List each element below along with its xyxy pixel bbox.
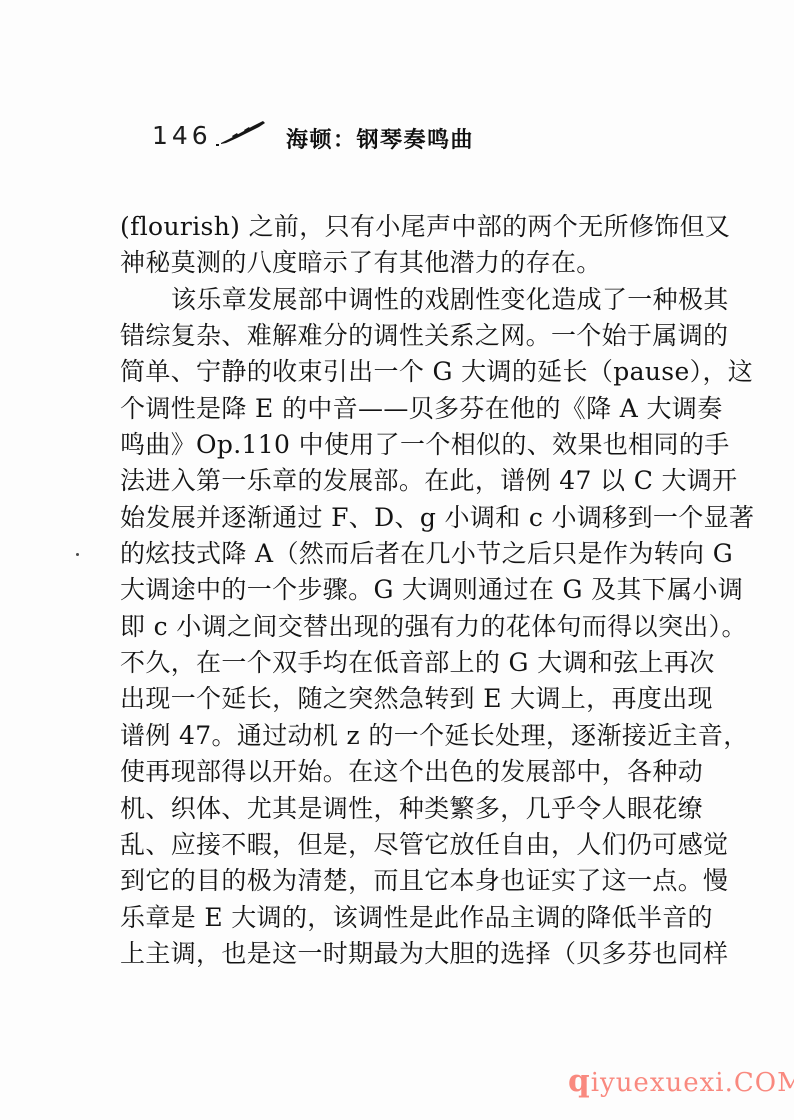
- text-line: 谱例 47。通过动机 z 的一个延长处理，逐渐接近主音，: [120, 718, 686, 754]
- text-line: 到它的目的极为清楚，而且它本身也证实了这一点。慢: [120, 863, 686, 899]
- text-line: 简单、宁静的收束引出一个 G 大调的延长（pause），这: [120, 354, 686, 390]
- text-line: 法进入第一乐章的发展部。在此，谱例 47 以 C 大调开: [120, 463, 686, 499]
- text-line: 不久，在一个双手均在低音部上的 G 大调和弦上再次: [120, 645, 686, 681]
- text-line: 鸣曲》Op.110 中使用了一个相似的、效果也相同的手: [120, 427, 686, 463]
- text-line: 大调途中的一个步骤。G 大调则通过在 G 及其下属小调: [120, 572, 686, 608]
- book-page: 146 海顿：钢琴奏鸣曲 (flourish) 之前，只有小尾声中部的两个无所修…: [0, 0, 794, 1120]
- text-line: (flourish) 之前，只有小尾声中部的两个无所修饰但又: [120, 209, 686, 245]
- text-line: 乱、应接不暇，但是，尽管它放任自由，人们仍可感觉: [120, 827, 686, 863]
- body-text: (flourish) 之前，只有小尾声中部的两个无所修饰但又神秘莫测的八度暗示了…: [120, 209, 686, 972]
- brush-stroke-icon: [215, 119, 267, 149]
- page-header: 146 海顿：钢琴奏鸣曲: [152, 118, 572, 152]
- running-title: 海顿：钢琴奏鸣曲: [286, 123, 474, 154]
- text-line: 该乐章发展部中调性的戏剧性变化造成了一种极其: [120, 282, 686, 318]
- text-line: 乐章是 E 大调的，该调性是此作品主调的降低半音的: [120, 900, 686, 936]
- text-line: 使再现部得以开始。在这个出色的发展部中，各种动: [120, 754, 686, 790]
- scan-speck: [76, 553, 79, 556]
- text-line: 个调性是降 E 的中音——贝多芬在他的《降 A 大调奏: [120, 391, 686, 427]
- text-line: 即 c 小调之间交替出现的强有力的花体句而得以突出）。: [120, 609, 686, 645]
- text-line: 上主调，也是这一时期最为大胆的选择（贝多芬也同样: [120, 936, 686, 972]
- text-line: 神秘莫测的八度暗示了有其他潜力的存在。: [120, 245, 686, 281]
- watermark: qiyuexuexi.COM: [568, 1063, 794, 1099]
- text-line: 机、织体、尤其是调性，种类繁多，几乎令人眼花缭: [120, 791, 686, 827]
- text-line: 的炫技式降 A（然而后者在几小节之后只是作为转向 G: [120, 536, 686, 572]
- watermark-rest: iyuexuexi.COM: [591, 1068, 794, 1098]
- watermark-lead: q: [568, 1063, 591, 1099]
- text-line: 错综复杂、难解难分的调性关系之网。一个始于属调的: [120, 318, 686, 354]
- text-line: 始发展并逐渐通过 F、D、g 小调和 c 小调移到一个显著: [120, 500, 686, 536]
- text-line: 出现一个延长，随之突然急转到 E 大调上，再度出现: [120, 681, 686, 717]
- page-number: 146: [152, 121, 212, 150]
